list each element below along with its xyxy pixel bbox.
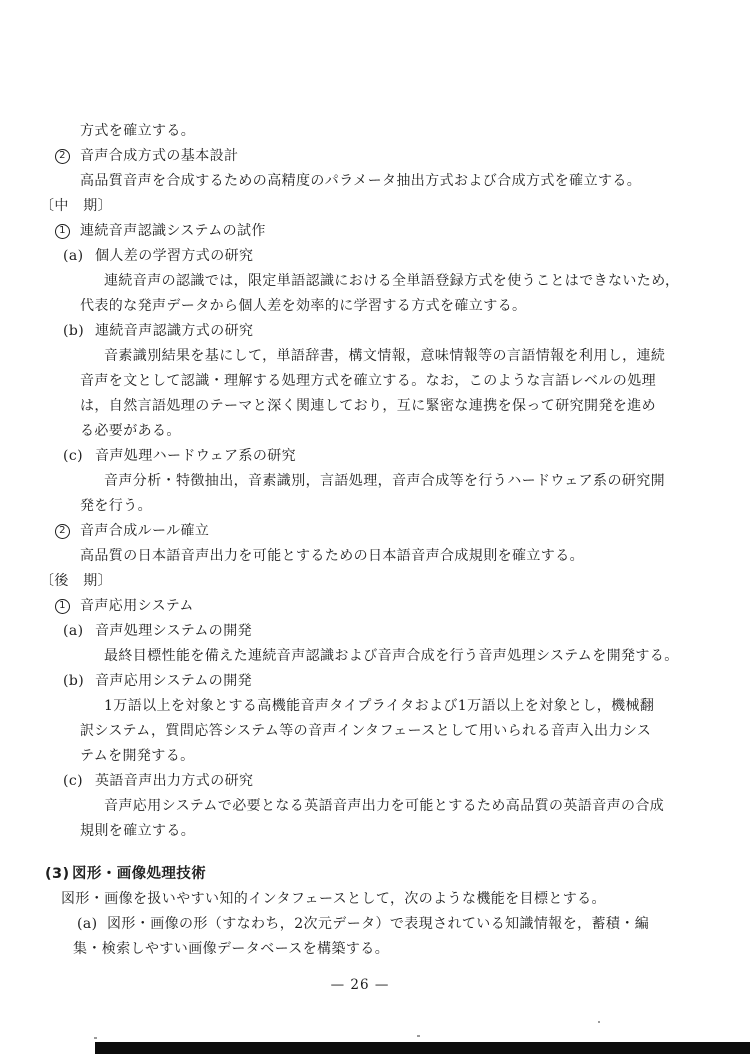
circled-number-marker: 1 [55, 599, 70, 614]
doc-line: 方式を確立する。 [0, 122, 750, 147]
scanned-document-page: 方式を確立する。2音声合成方式の基本設計高品質音声を合成するための高精度のパラメ… [0, 0, 750, 1054]
doc-line: 〔後 期〕 [0, 572, 750, 597]
doc-line: (a)音声処理システムの開発 [0, 622, 750, 647]
doc-line: る必要がある。 [0, 422, 750, 447]
doc-line: 規則を確立する。 [0, 822, 750, 847]
item-letter-marker: (b) [63, 322, 84, 341]
doc-line-text: 音声を文として認識・理解する処理方式を確立する。なお，このような言語レベルの処理 [80, 372, 656, 391]
doc-line-text: 訳システム，質問応答システム等の音声インタフェースとして用いられる音声入出力シス [80, 722, 651, 741]
item-letter-marker: (a) [63, 622, 83, 641]
page-number: — 26 — [0, 977, 720, 993]
doc-line-text: 発を行う。 [80, 497, 152, 516]
doc-line: 1音声応用システム [0, 597, 750, 622]
doc-line-text: 方式を確立する。 [80, 122, 195, 141]
doc-line: 2音声合成方式の基本設計 [0, 147, 750, 172]
doc-line: 音素識別結果を基にして，単語辞書，構文情報，意味情報等の言語情報を利用し，連続 [0, 347, 750, 372]
doc-line: 代表的な発声データから個人差を効率的に学習する方式を確立する。 [0, 297, 750, 322]
doc-line-text: 図形・画像処理技術 [72, 865, 206, 884]
doc-line: 最終目標性能を備えた連続音声認識および音声合成を行う音声処理システムを開発する。 [0, 647, 750, 672]
doc-line-text: 連続音声の認識では，限定単語認識における全単語登録方式を使うことはできないため， [104, 272, 679, 291]
doc-line: 高品質の日本語音声出力を可能とするための日本語音声合成規則を確立する。 [0, 547, 750, 572]
doc-line-text: 高品質の日本語音声出力を可能とするための日本語音声合成規則を確立する。 [80, 547, 584, 566]
scan-speck [598, 1021, 600, 1023]
doc-line: は，自然言語処理のテーマと深く関連しており，互に緊密な連携を保って研究開発を進め [0, 397, 750, 422]
doc-line-text: 英語音声出力方式の研究 [95, 772, 253, 791]
item-letter-marker: (a) [63, 247, 83, 266]
doc-line-text: 高品質音声を合成するための高精度のパラメータ抽出方式および合成方式を確立する。 [80, 172, 641, 191]
item-letter-marker: (a) [77, 915, 97, 934]
doc-line-text: 音素識別結果を基にして，単語辞書，構文情報，意味情報等の言語情報を利用し，連続 [104, 347, 665, 366]
doc-line-text: 音声応用システム [80, 597, 194, 616]
doc-line: 連続音声の認識では，限定単語認識における全単語登録方式を使うことはできないため， [0, 272, 750, 297]
doc-line-text: 図形・画像の形（すなわち，2次元データ）で表現されている知識情報を，蓄積・編 [107, 915, 649, 934]
doc-line-text: る必要がある。 [80, 422, 181, 441]
doc-line-text: 図形・画像を扱いやすい知的インタフェースとして，次のような機能を目標とする。 [61, 890, 606, 909]
doc-line: 訳システム，質問応答システム等の音声インタフェースとして用いられる音声入出力シス [0, 722, 750, 747]
item-letter-marker: (b) [63, 672, 84, 691]
document-body: 方式を確立する。2音声合成方式の基本設計高品質音声を合成するための高精度のパラメ… [0, 122, 750, 993]
scan-speck [417, 1035, 420, 1037]
doc-line-text: 音声処理ハードウェア系の研究 [95, 447, 296, 466]
scan-speck [94, 1037, 97, 1039]
doc-line-text: 最終目標性能を備えた連続音声認識および音声合成を行う音声処理システムを開発する。 [104, 647, 679, 666]
doc-line-text: 集・検索しやすい画像データベースを構築する。 [73, 940, 389, 959]
doc-line-text: 連続音声認識方式の研究 [95, 322, 253, 341]
doc-line: 1万語以上を対象とする高機能音声タイプライタおよび1万語以上を対象とし，機械翻 [0, 697, 750, 722]
doc-line-text: 音声応用システムの開発 [95, 672, 252, 691]
doc-line: 発を行う。 [0, 497, 750, 522]
doc-line-text: 音声合成ルール確立 [80, 522, 209, 541]
doc-line: 1連続音声認識システムの試作 [0, 222, 750, 247]
doc-line-text: 音声処理システムの開発 [95, 622, 252, 641]
doc-line-text: 代表的な発声データから個人差を効率的に学習する方式を確立する。 [80, 297, 526, 316]
doc-line: (a)個人差の学習方式の研究 [0, 247, 750, 272]
circled-number-marker: 2 [55, 524, 70, 539]
doc-line: (3)図形・画像処理技術 [0, 865, 750, 890]
doc-line: (c)音声処理ハードウェア系の研究 [0, 447, 750, 472]
circled-number-marker: 2 [55, 149, 70, 164]
doc-line-text: 音声分析・特徴抽出，音素識別，言語処理，音声合成等を行うハードウェア系の研究開 [104, 472, 665, 491]
doc-line-text: テムを開発する。 [80, 747, 195, 766]
doc-line: 図形・画像を扱いやすい知的インタフェースとして，次のような機能を目標とする。 [0, 890, 750, 915]
doc-line-text: は，自然言語処理のテーマと深く関連しており，互に緊密な連携を保って研究開発を進め [80, 397, 656, 416]
doc-line: (b)連続音声認識方式の研究 [0, 322, 750, 347]
doc-line: 集・検索しやすい画像データベースを構築する。 [0, 940, 750, 965]
doc-line: 〔中 期〕 [0, 197, 750, 222]
doc-line: (b)音声応用システムの開発 [0, 672, 750, 697]
doc-line-text: 個人差の学習方式の研究 [95, 247, 253, 266]
scan-edge-artifact-bar [95, 1042, 750, 1054]
doc-line-text: 音声応用システムで必要となる英語音声出力を可能とするため高品質の英語音声の合成 [104, 797, 664, 816]
item-letter-marker: (c) [63, 772, 83, 791]
doc-line: テムを開発する。 [0, 747, 750, 772]
doc-line-text: 音声合成方式の基本設計 [80, 147, 238, 166]
item-letter-marker: (3) [45, 865, 70, 884]
doc-line: 2音声合成ルール確立 [0, 522, 750, 547]
doc-line-text: 1万語以上を対象とする高機能音声タイプライタおよび1万語以上を対象とし，機械翻 [104, 697, 654, 716]
doc-line-text: 〔後 期〕 [40, 572, 112, 591]
doc-line-text: 〔中 期〕 [40, 197, 112, 216]
item-letter-marker: (c) [63, 447, 83, 466]
doc-line-text: 規則を確立する。 [80, 822, 195, 841]
doc-line: (c)英語音声出力方式の研究 [0, 772, 750, 797]
doc-line: 音声を文として認識・理解する処理方式を確立する。なお，このような言語レベルの処理 [0, 372, 750, 397]
doc-line: 音声応用システムで必要となる英語音声出力を可能とするため高品質の英語音声の合成 [0, 797, 750, 822]
doc-line-text: 連続音声認識システムの試作 [80, 222, 266, 241]
doc-line: 高品質音声を合成するための高精度のパラメータ抽出方式および合成方式を確立する。 [0, 172, 750, 197]
circled-number-marker: 1 [55, 224, 70, 239]
doc-line: 音声分析・特徴抽出，音素識別，言語処理，音声合成等を行うハードウェア系の研究開 [0, 472, 750, 497]
doc-line: (a)図形・画像の形（すなわち，2次元データ）で表現されている知識情報を，蓄積・… [0, 915, 750, 940]
